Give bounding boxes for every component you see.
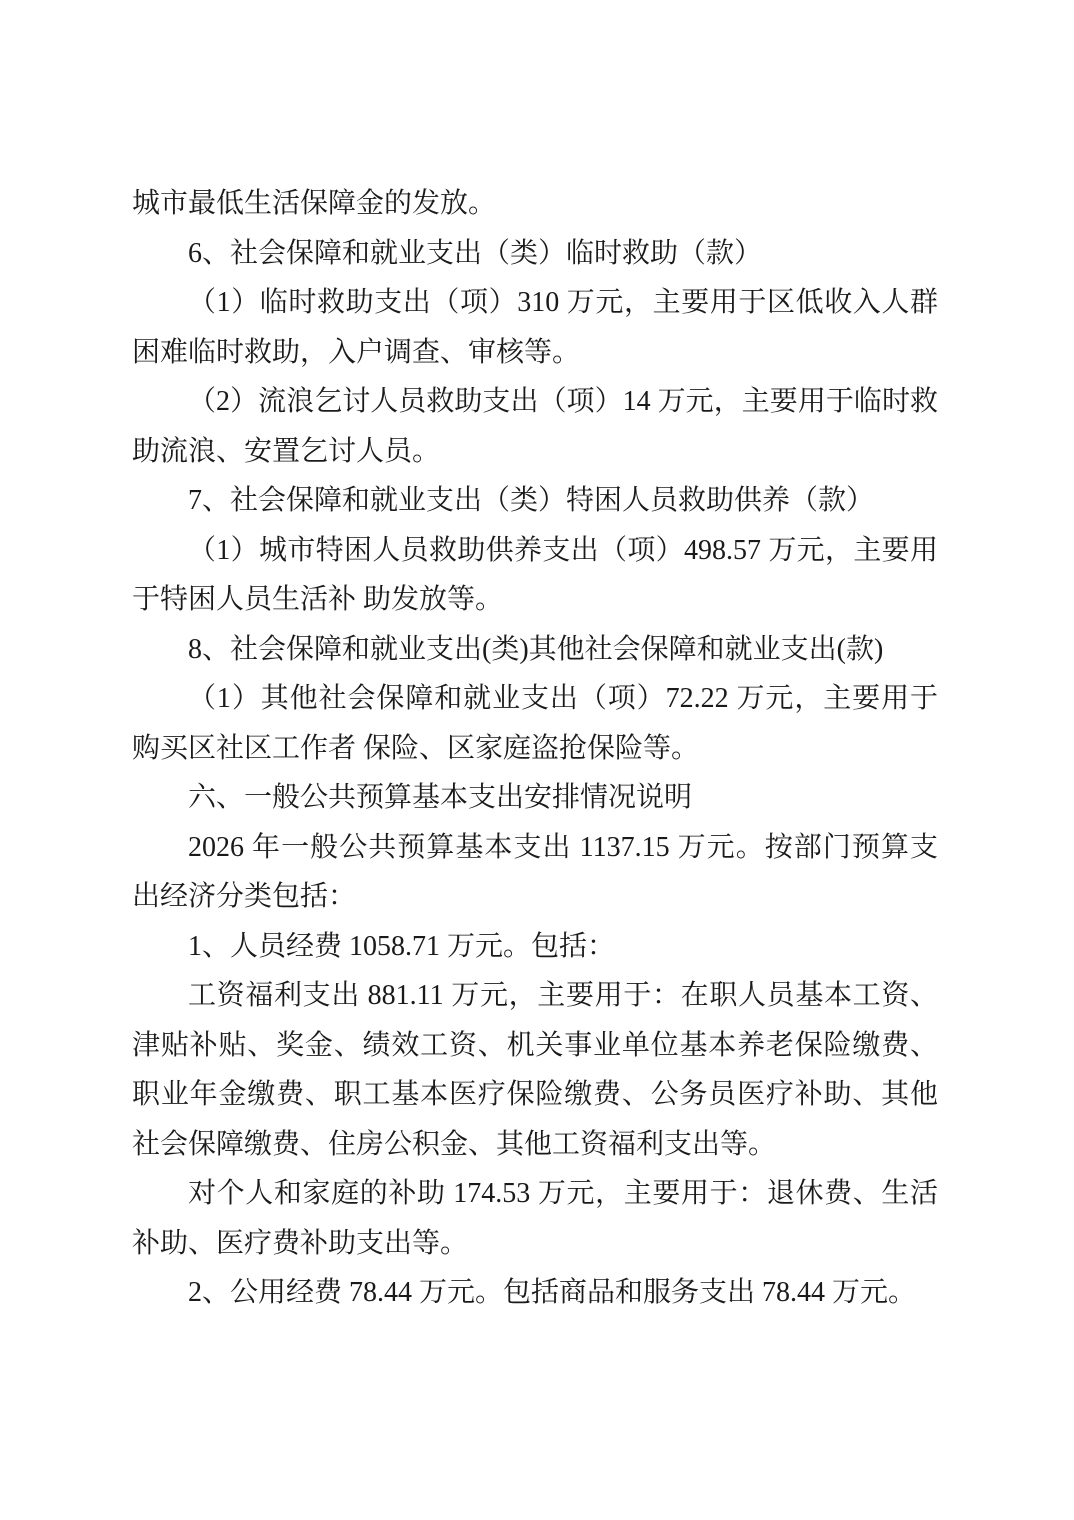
- paragraph-5: 7、社会保障和就业支出（类）特困人员救助供养（款）: [132, 476, 938, 526]
- paragraph-9: 六、一般公共预算基本支出安排情况说明: [132, 773, 938, 823]
- paragraph-13: 对个人和家庭的补助 174.53 万元，主要用于：退休费、生活补助、医疗费补助支…: [132, 1169, 938, 1268]
- document-page: 城市最低生活保障金的发放。6、社会保障和就业支出（类）临时救助（款）（1）临时救…: [0, 0, 1074, 1520]
- paragraph-12: 工资福利支出 881.11 万元，主要用于：在职人员基本工资、津贴补贴、奖金、绩…: [132, 971, 938, 1169]
- document-body: 城市最低生活保障金的发放。6、社会保障和就业支出（类）临时救助（款）（1）临时救…: [132, 179, 938, 1318]
- paragraph-10: 2026 年一般公共预算基本支出 1137.15 万元。按部门预算支出经济分类包…: [132, 823, 938, 922]
- paragraph-8: （1）其他社会保障和就业支出（项）72.22 万元，主要用于购买区社区工作者 保…: [132, 674, 938, 773]
- paragraph-14: 2、公用经费 78.44 万元。包括商品和服务支出 78.44 万元。: [132, 1268, 938, 1318]
- paragraph-4: （2）流浪乞讨人员救助支出（项）14 万元，主要用于临时救助流浪、安置乞讨人员。: [132, 377, 938, 476]
- paragraph-7: 8、社会保障和就业支出(类)其他社会保障和就业支出(款): [132, 625, 938, 675]
- paragraph-1: 城市最低生活保障金的发放。: [132, 179, 938, 229]
- paragraph-3: （1）临时救助支出（项）310 万元，主要用于区低收入人群困难临时救助，入户调查…: [132, 278, 938, 377]
- paragraph-2: 6、社会保障和就业支出（类）临时救助（款）: [132, 229, 938, 279]
- paragraph-6: （1）城市特困人员救助供养支出（项）498.57 万元，主要用于特困人员生活补 …: [132, 526, 938, 625]
- paragraph-11: 1、人员经费 1058.71 万元。包括：: [132, 922, 938, 972]
